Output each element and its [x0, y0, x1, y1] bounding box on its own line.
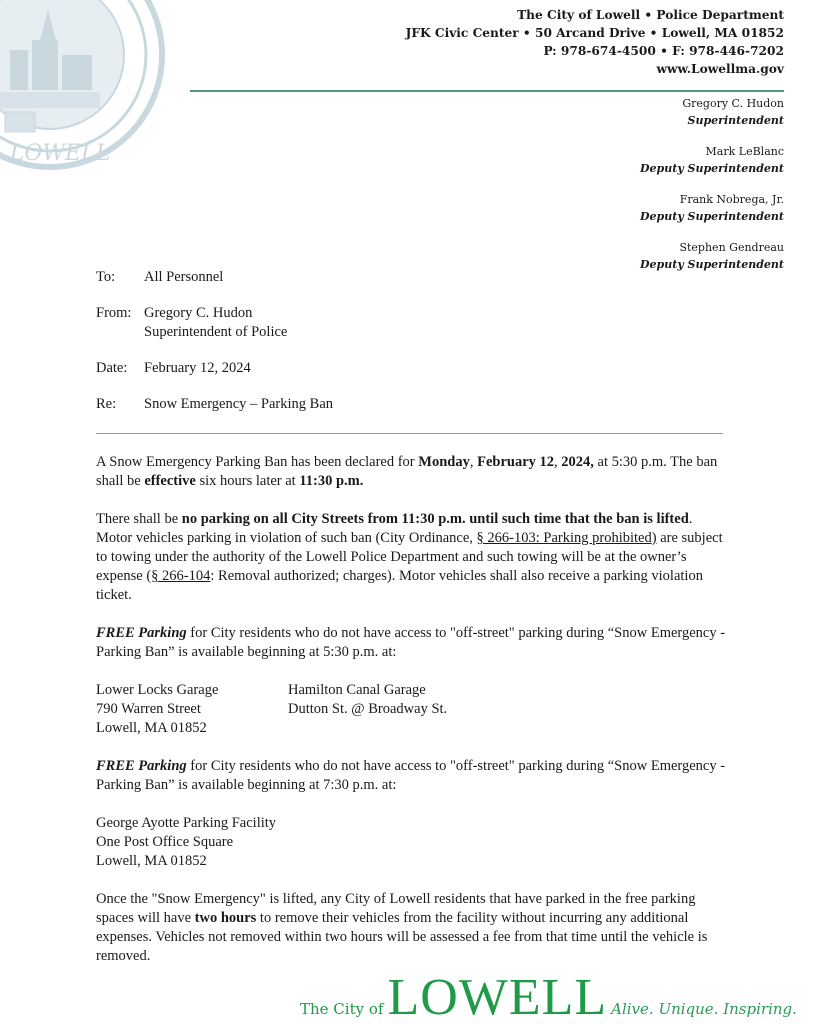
- paragraph-free-parking-530: FREE Parking for City residents who do n…: [96, 624, 726, 662]
- paragraph-free-parking-730: FREE Parking for City residents who do n…: [96, 757, 726, 795]
- letterhead-phone-fax: P: 978-674-4500 • F: 978-446-7202: [406, 42, 784, 60]
- garage-street: 790 Warren Street: [96, 700, 288, 719]
- bold-text: Monday: [418, 454, 470, 470]
- bold-text: February 12: [477, 454, 554, 470]
- memo-from-name: Gregory C. Hudon: [144, 304, 287, 323]
- memo-date-label: Date:: [96, 359, 144, 378]
- memo-body: A Snow Emergency Parking Ban has been de…: [96, 453, 726, 985]
- staff-name: Mark LeBlanc: [640, 144, 784, 161]
- memo-from-row: From: Gregory C. Hudon Superintendent of…: [96, 304, 333, 342]
- staff-member: Stephen Gendreau Deputy Superintendent: [640, 240, 784, 273]
- text: ,: [470, 454, 477, 470]
- garage-city: Lowell, MA 01852: [96, 719, 288, 738]
- bold-italic-text: FREE Parking: [96, 758, 187, 774]
- garage-name: Lower Locks Garage: [96, 681, 288, 700]
- staff-title: Superintendent: [640, 113, 784, 130]
- bold-text: effective: [144, 473, 196, 489]
- text: for City residents who do not have acces…: [96, 758, 725, 793]
- footer-tagline: Alive. Unique. Inspiring.: [611, 1000, 797, 1018]
- bold-italic-text: FREE Parking: [96, 625, 187, 641]
- staff-name: Gregory C. Hudon: [640, 96, 784, 113]
- staff-name: Frank Nobrega, Jr.: [640, 192, 784, 209]
- memo-from-label: From:: [96, 304, 144, 342]
- memo-re-label: Re:: [96, 395, 144, 414]
- paragraph-no-parking: There shall be no parking on all City St…: [96, 510, 726, 605]
- garage-street: Dutton St. @ Broadway St.: [288, 700, 548, 719]
- footer-prefix: The City of: [300, 1000, 383, 1018]
- memo-re-row: Re: Snow Emergency – Parking Ban: [96, 395, 333, 414]
- letterhead-line-1: The City of Lowell • Police Department: [406, 6, 784, 24]
- staff-title: Deputy Superintendent: [640, 257, 784, 274]
- seal-icon: LOWELL: [0, 0, 170, 190]
- garage-list-530: Lower Locks Garage 790 Warren Street Low…: [96, 681, 726, 738]
- memo-to-value: All Personnel: [144, 268, 223, 287]
- garage-address: Hamilton Canal Garage Dutton St. @ Broad…: [288, 681, 548, 738]
- garage-city: Lowell, MA 01852: [96, 852, 726, 871]
- memo-subject: Snow Emergency – Parking Ban: [144, 395, 333, 414]
- bold-text: 2024,: [561, 454, 594, 470]
- text: There shall be: [96, 511, 182, 527]
- city-seal-logo: LOWELL: [0, 0, 170, 190]
- footer-city-name: LOWELL: [387, 972, 607, 1024]
- paragraph-removal: Once the "Snow Emergency" is lifted, any…: [96, 890, 726, 966]
- text: six hours later at: [196, 473, 300, 489]
- garage-name: Hamilton Canal Garage: [288, 681, 548, 700]
- garage-name: George Ayotte Parking Facility: [96, 814, 726, 833]
- staff-member: Frank Nobrega, Jr. Deputy Superintendent: [640, 192, 784, 225]
- memo-divider: [96, 433, 723, 434]
- staff-name: Stephen Gendreau: [640, 240, 784, 257]
- svg-text:LOWELL: LOWELL: [9, 141, 111, 166]
- memo-date-value: February 12, 2024: [144, 359, 251, 378]
- garage-street: One Post Office Square: [96, 833, 726, 852]
- garage-address-730: George Ayotte Parking Facility One Post …: [96, 814, 726, 871]
- staff-member: Gregory C. Hudon Superintendent: [640, 96, 784, 129]
- letterhead-website[interactable]: www.Lowellma.gov: [406, 60, 784, 78]
- memo-date-row: Date: February 12, 2024: [96, 359, 333, 378]
- text: A Snow Emergency Parking Ban has been de…: [96, 454, 418, 470]
- memo-to-row: To: All Personnel: [96, 268, 333, 287]
- memo-to-label: To:: [96, 268, 144, 287]
- garage-address: Lower Locks Garage 790 Warren Street Low…: [96, 681, 288, 738]
- letterhead-address: JFK Civic Center • 50 Arcand Drive • Low…: [406, 24, 784, 42]
- staff-title: Deputy Superintendent: [640, 209, 784, 226]
- footer-logo: The City of LOWELL Alive. Unique. Inspir…: [300, 972, 797, 1024]
- letterhead-divider: [190, 90, 784, 92]
- bold-text: no parking on all City Streets from 11:3…: [182, 511, 689, 527]
- memo-from-title: Superintendent of Police: [144, 323, 287, 342]
- letterhead: The City of Lowell • Police Department J…: [406, 6, 784, 78]
- ordinance-link-266-104[interactable]: § 266-104: [151, 568, 210, 584]
- ordinance-link-266-103[interactable]: § 266-103: Parking prohibited): [477, 530, 657, 546]
- staff-list: Gregory C. Hudon Superintendent Mark LeB…: [640, 96, 784, 288]
- memo-header: To: All Personnel From: Gregory C. Hudon…: [96, 268, 333, 431]
- staff-title: Deputy Superintendent: [640, 161, 784, 178]
- paragraph-declaration: A Snow Emergency Parking Ban has been de…: [96, 453, 726, 491]
- text: for City residents who do not have acces…: [96, 625, 725, 660]
- staff-member: Mark LeBlanc Deputy Superintendent: [640, 144, 784, 177]
- bold-text: 11:30 p.m.: [299, 473, 363, 489]
- bold-text: two hours: [195, 910, 257, 926]
